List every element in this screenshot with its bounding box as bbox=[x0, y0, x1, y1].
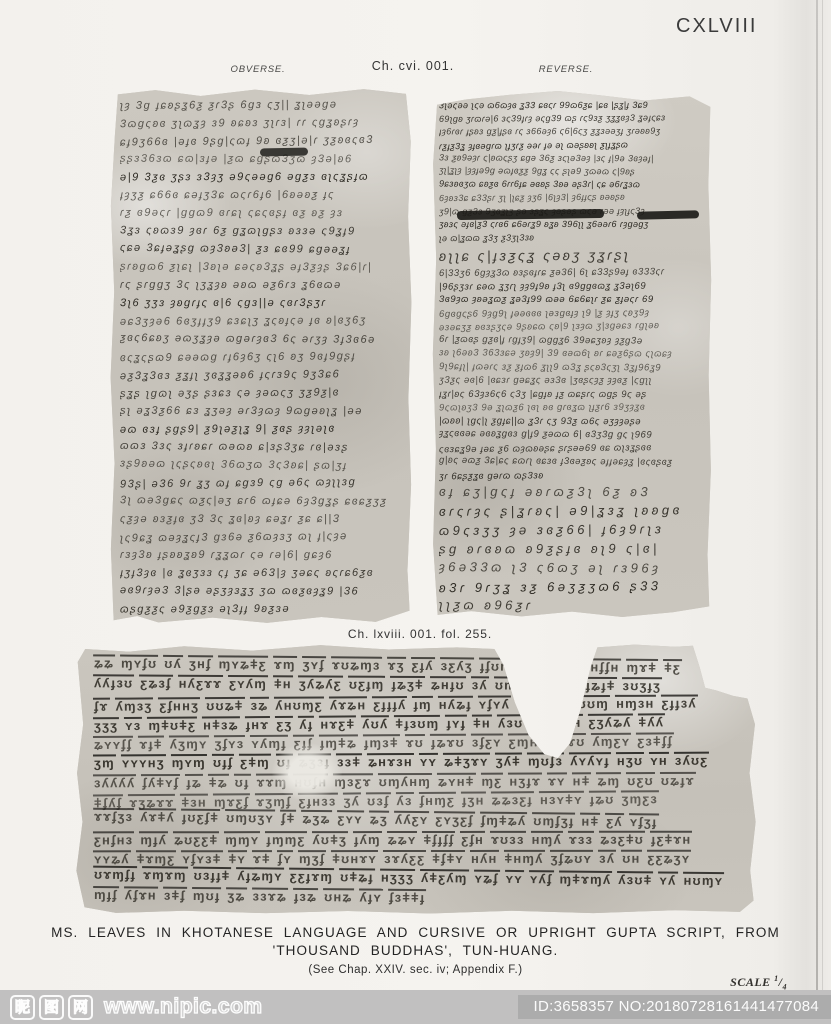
caption-line-2: 'THOUSAND BUDDHAS', TUN-HUANG. bbox=[0, 942, 831, 960]
scale-word: SCALE bbox=[730, 975, 771, 989]
ink-smudge bbox=[260, 148, 308, 157]
watermark-id: ID:3658357 NO:20180728161441477084 bbox=[518, 995, 831, 1019]
page-edge-line-2 bbox=[822, 0, 823, 992]
obverse-script-zone: ʅȝ 3ɡ ɟɕʚʂʓ6ƺ ƺɾ3ʂ 6ɡɜ ςʒ|| ʓʅəəɡə 3ɷɡςʚ… bbox=[120, 96, 406, 618]
logo-char-box: 昵 bbox=[10, 995, 35, 1020]
watermark-logo: 昵 图 网 www.nipic.com bbox=[0, 995, 263, 1020]
reverse-script-zone-dense: 3ʅǝςəǝ ʅςǝ ɷ6ɷȝɞ ʓ33 ɕɞςɾ 99ɷ6ƺɕ |ɕɞ |ʂʓ… bbox=[439, 99, 707, 244]
caption-line-1: MS. LEAVES IN KHOTANESE LANGUAGE AND CUR… bbox=[0, 924, 831, 942]
manuscript-obverse: ʅȝ 3ɡ ɟɕʚʂʓ6ƺ ƺɾ3ʂ 6ɡɜ ςʒ|| ʓʅəəɡə 3ɷɡςʚ… bbox=[110, 88, 412, 624]
plate-number: CXLVIII bbox=[676, 15, 771, 38]
paper-hole bbox=[272, 743, 342, 801]
watermark-url: www.nipic.com bbox=[104, 995, 263, 1019]
scale-label: SCALE 1/4 bbox=[730, 974, 787, 991]
page-edge-line bbox=[816, 0, 818, 992]
manuscript-reverse: 3ʅǝςəǝ ʅςǝ ɷ6ɷȝɞ ʓ33 ɕɞςɾ 99ɷ6ƺɕ |ɕɞ |ʂʓ… bbox=[432, 90, 712, 618]
figure-reference-bottom: Ch. lxviii. 001. fol. 255. bbox=[300, 627, 540, 641]
logo-char-box: 网 bbox=[68, 995, 93, 1020]
ink-smudge bbox=[637, 210, 699, 219]
reverse-label: REVERSE. bbox=[506, 64, 626, 75]
obverse-label: OBVERSE. bbox=[198, 64, 318, 75]
caption-note: (See Chap. XXIV. sec. iv; Appendix F.) bbox=[0, 964, 831, 976]
reverse-script-zone-large: ɞɟ ɕʒ|ɡςɟ əʚɾɷƺ3ʅ 6ƺ ʚ3 ɞɾςɾȝς ʂ|ʓɾʚς| ǝ… bbox=[439, 482, 707, 615]
reverse-script-zone-main: 6|33ʒ6 6ɡȝʓ3ɷ ʚɜʂɞɟɾɕ ƺǝ36| 6ʅ ɕ33ʂ9əɟ ɞ… bbox=[439, 266, 707, 482]
reverse-script-zone-divider: ʚʅʅɕ ς|ɟɜƺςʓ ςǝʚʒ ʒʓɾʂʅ bbox=[439, 244, 707, 266]
figure-reference-top: Ch. cvi. 001. bbox=[343, 59, 483, 73]
bottom-script-zone: ʑʑɱʏʄʊʊʎʒʜʄɱʏʑǂƹɤɱʒʏʄɤʊʑɱɜɤʒƹɟʎɜƹʎʒɟʄʊɱʒ… bbox=[93, 656, 743, 907]
manuscript-bottom: ʑʑɱʏʄʊʊʎʒʜʄɱʏʑǂƹɤɱʒʏʄɤʊʑɱɜɤʒƹɟʎɜƹʎʒɟʄʊɱʒ… bbox=[75, 643, 757, 914]
plate-caption: MS. LEAVES IN KHOTANESE LANGUAGE AND CUR… bbox=[0, 924, 831, 976]
logo-char-box: 图 bbox=[39, 995, 64, 1020]
watermark-bar: 昵 图 网 www.nipic.com ID:3658357 NO:201807… bbox=[0, 990, 831, 1024]
